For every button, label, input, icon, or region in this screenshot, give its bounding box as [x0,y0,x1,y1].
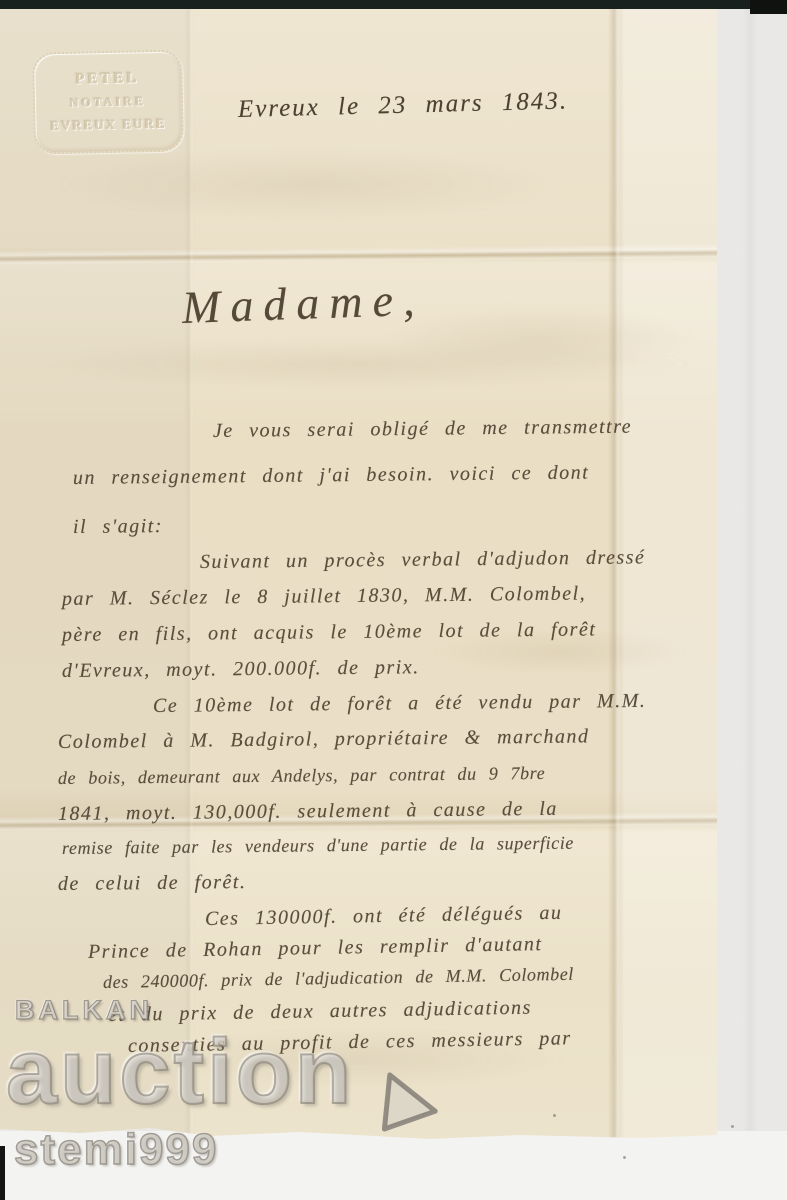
handwritten-line: un renseignement dont j'ai besoin. voici… [73,462,589,490]
dust-speck [623,1156,626,1159]
show-through-smudge [20,339,700,389]
auction-photo-scanned-letter: PETEL NOTAIRE EVREUX EURE Evreux le 23 m… [0,0,787,1200]
scan-edge-top-right [750,0,787,14]
handwritten-line: de celui de forêt. [58,871,247,896]
scan-edge-top [0,0,787,9]
notary-embossed-stamp: PETEL NOTAIRE EVREUX EURE [32,49,184,154]
handwritten-line: il s'agit: [73,515,163,539]
handwritten-line: Ce 10ème lot de forêt a été vendu par M.… [153,690,647,718]
stamp-text: PETEL [75,70,140,88]
handwritten-line: par M. Séclez le 8 juillet 1830, M.M. Co… [62,583,586,611]
watermark-brand-line2: auction [6,1026,354,1118]
watermark-seller-name: stemi999 [14,1128,218,1172]
handwritten-line: des 240000f. prix de l'adjudication de M… [103,964,574,993]
stamp-text: EVREUX EURE [50,116,167,134]
handwritten-line: remise faite par les vendeurs d'une part… [62,833,574,859]
horizontal-fold-crease [0,244,720,265]
scan-edge-bottom-left [0,1146,5,1200]
dust-speck [731,1125,734,1128]
dust-speck [553,1114,556,1117]
play-arrow-icon [372,1066,450,1144]
handwritten-line: de bois, demeurant aux Andelys, par cont… [58,763,545,789]
handwritten-line: Colombel à M. Badgirol, propriétaire & m… [58,725,590,754]
handwritten-line: Suivant un procès verbal d'adjudon dress… [200,546,646,574]
show-through-smudge [50,149,570,219]
handwritten-line: Je vous serai obligé de me transmettre [213,416,632,443]
handwritten-line: 1841, moyt. 130,000f. seulement à cause … [58,798,558,826]
handwritten-line: Ces 130000f. ont été délégués au [205,902,563,931]
handwritten-date-line: Evreux le 23 mars 1843. [238,87,569,124]
handwritten-line: Prince de Rohan pour les remplir d'autan… [88,933,543,964]
handwritten-line: d'Evreux, moyt. 200.000f. de prix. [62,656,420,683]
stamp-text: NOTAIRE [70,94,146,111]
handwritten-salutation: Madame, [181,273,425,334]
scan-background-shade [742,9,758,1131]
vertical-fold-crease [608,9,622,1140]
letter-paper: PETEL NOTAIRE EVREUX EURE Evreux le 23 m… [0,9,717,1140]
